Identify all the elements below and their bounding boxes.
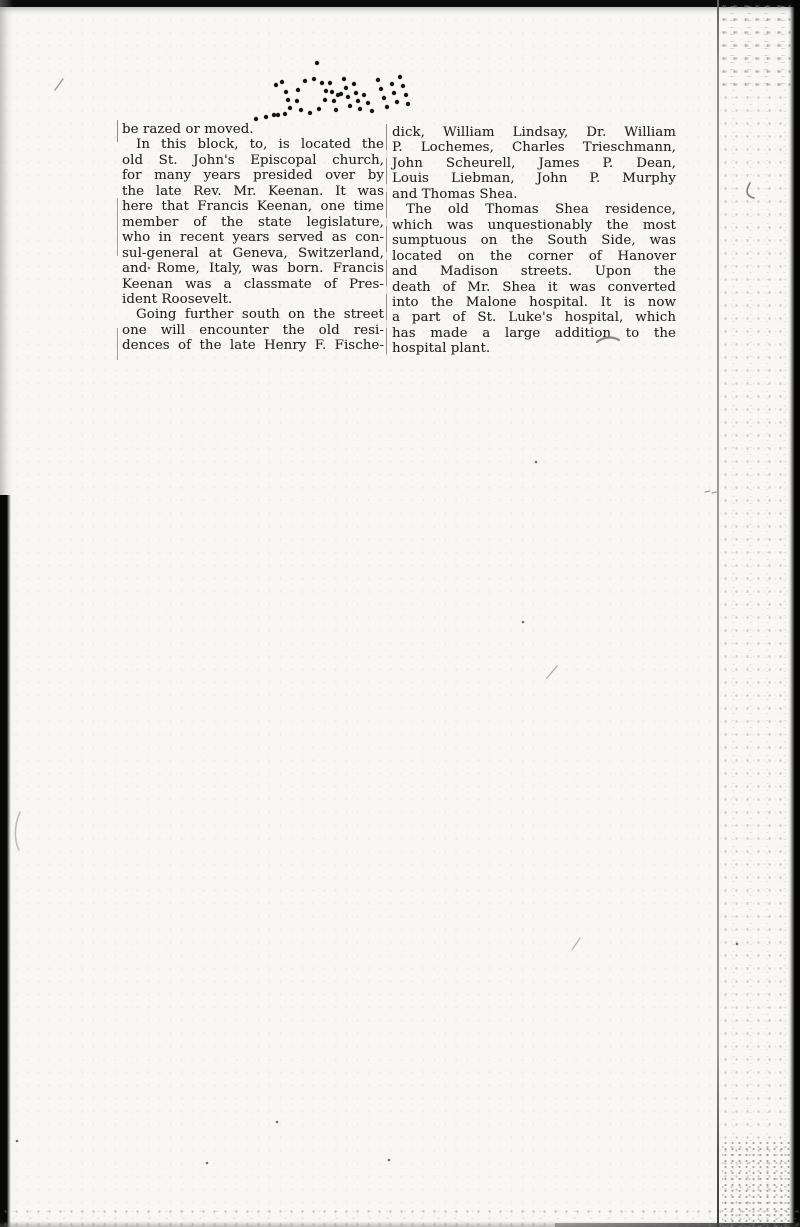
text-line: one will encounter the old resi-	[122, 323, 384, 338]
text-line: The old Thomas Shea residence,	[392, 202, 676, 217]
text-line: ident Roosevelt.	[122, 292, 384, 307]
text-line: Going further south on the street	[122, 307, 384, 322]
text-line: a part of St. Luke's hospital, which	[392, 310, 676, 325]
text-line: hospital plant.	[392, 341, 676, 356]
text-line: sumptuous on the South Side, was	[392, 233, 676, 248]
text-line: here that Francis Keenan, one time	[122, 199, 384, 214]
text-line: the late Rev. Mr. Keenan. It was	[122, 184, 384, 199]
text-line: and Rome, Italy, was born. Francis	[122, 261, 384, 276]
right-margin-noise	[720, 0, 788, 1227]
text-line: old St. John's Episcopal church,	[122, 153, 384, 168]
text-line: member of the state legislature,	[122, 215, 384, 230]
text-line: who in recent years served as con-	[122, 230, 384, 245]
text-line: be razed or moved.	[122, 122, 384, 137]
text-line: sul-general at Geneva, Switzerland,	[122, 246, 384, 261]
scan-edge-left	[0, 495, 11, 1227]
clipping-column-left: be razed or moved.In this block, to, is …	[122, 122, 384, 354]
text-line: for many years presided over by	[122, 168, 384, 183]
text-line: death of Mr. Shea it was converted	[392, 280, 676, 295]
top-right-noise	[718, 0, 793, 90]
clipping-left-edge-mark	[117, 120, 118, 142]
text-line: and Thomas Shea.	[392, 187, 676, 202]
text-line: Louis Liebman, John P. Murphy	[392, 171, 676, 186]
text-line: dick, William Lindsay, Dr. William	[392, 125, 676, 140]
text-line: located on the corner of Hanover	[392, 249, 676, 264]
clipping-left-edge-mark	[117, 198, 118, 256]
text-line: which was unquestionably the most	[392, 218, 676, 233]
column-divider-rule	[386, 124, 387, 356]
text-line: and Madison streets. Upon the	[392, 264, 676, 279]
text-line: In this block, to, is located the	[122, 137, 384, 152]
text-line: P. Lochemes, Charles Trieschmann,	[392, 140, 676, 155]
scan-edge-right	[788, 0, 800, 1227]
scanned-page: be razed or moved.In this block, to, is …	[0, 0, 800, 1227]
text-line: into the Malone hospital. It is now	[392, 295, 676, 310]
clipping-left-edge-mark	[117, 328, 118, 360]
scan-edge-top-shadow	[0, 7, 800, 15]
page-fold-line	[717, 0, 719, 1227]
scan-edge-left-shadow	[0, 0, 13, 520]
text-line: has made a large addition to the	[392, 326, 676, 341]
text-line: John Scheurell, James P. Dean,	[392, 156, 676, 171]
text-line: dences of the late Henry F. Fische-	[122, 338, 384, 353]
scan-edge-top	[0, 0, 800, 7]
clipping-column-right: dick, William Lindsay, Dr. WilliamP. Loc…	[392, 125, 676, 357]
newspaper-clipping: be razed or moved.In this block, to, is …	[112, 110, 688, 366]
text-line: Keenan was a classmate of Pres-	[122, 277, 384, 292]
bottom-strip-noise	[0, 1205, 800, 1227]
